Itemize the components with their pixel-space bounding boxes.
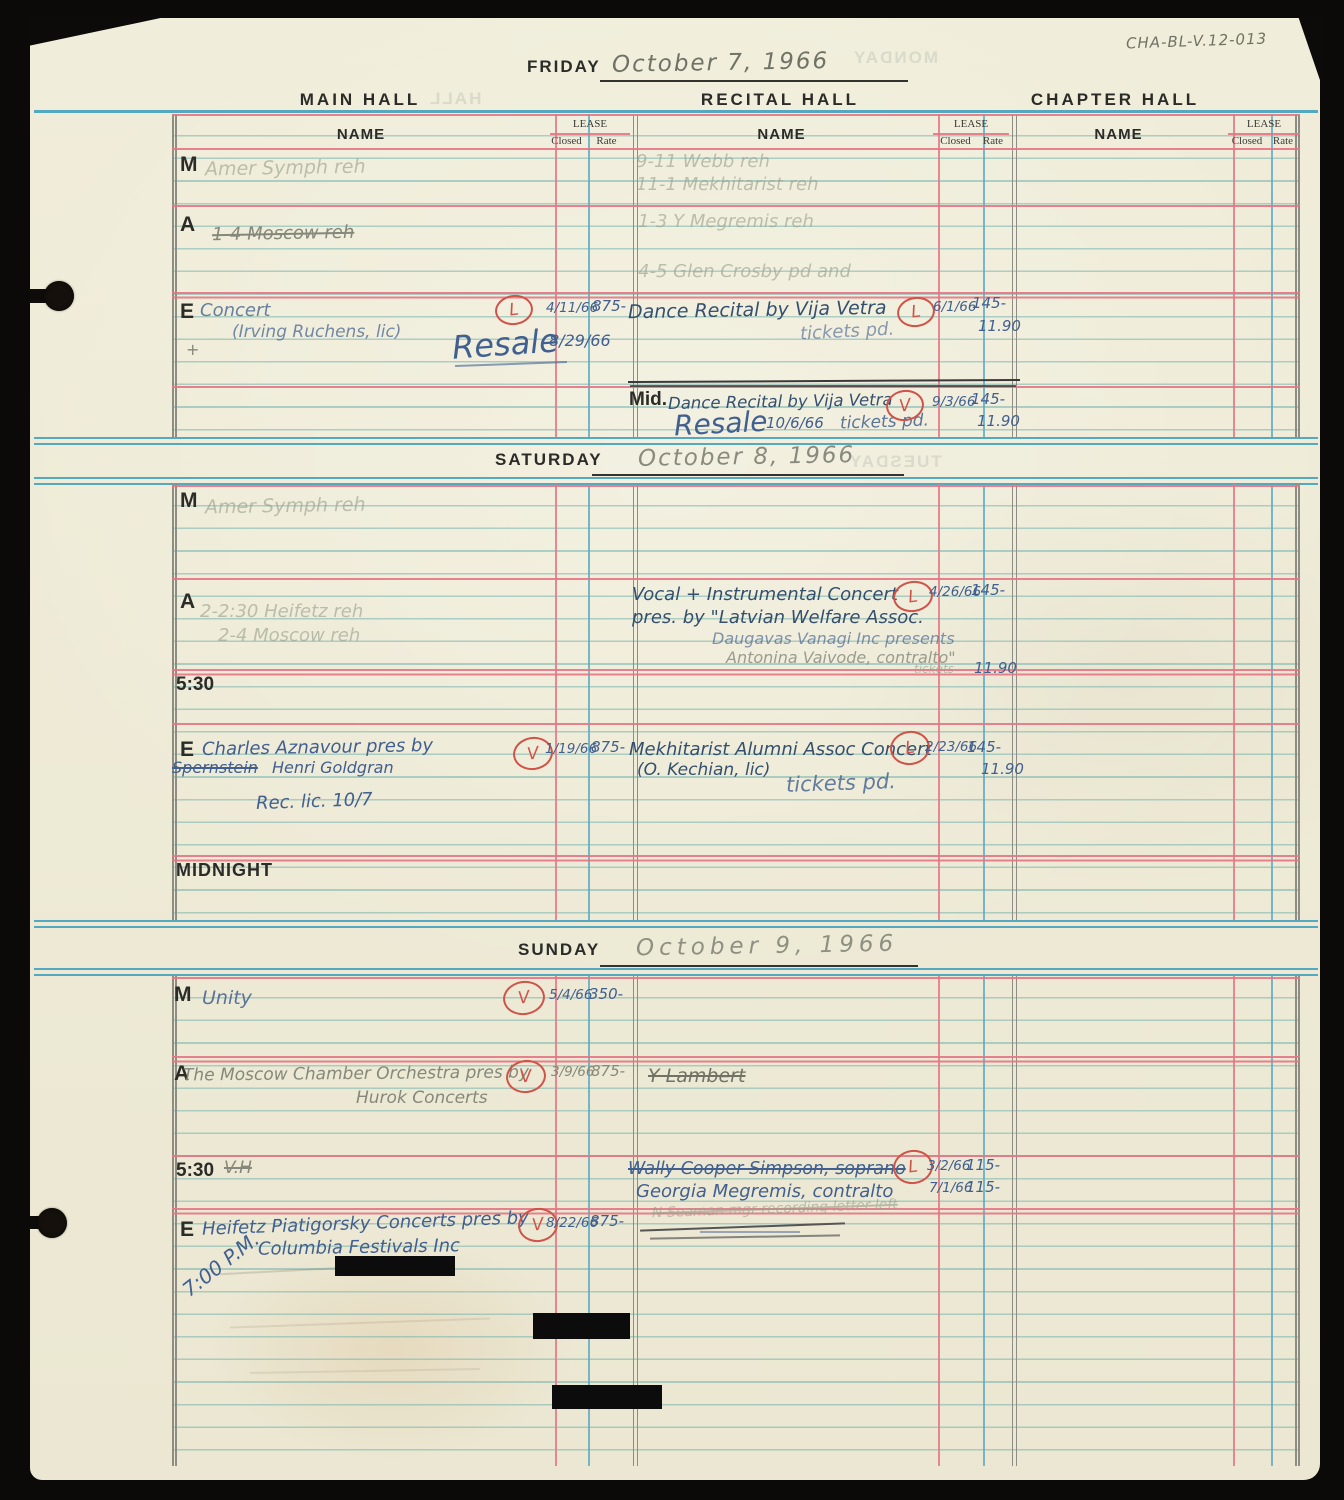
column-header-lease: LEASE xyxy=(933,118,1009,130)
sunday-recital-530-closed1: 3/2/66 xyxy=(927,1158,970,1175)
saturday-recital-afternoon-tickets: tickets xyxy=(914,662,954,677)
rule-line xyxy=(172,205,1300,207)
sunday-recital-afternoon-struck: Y Lambert xyxy=(648,1064,745,1088)
friday-recital-afternoon-entry-2: 4-5 Glen Crosby pd and xyxy=(638,260,851,283)
archive-code: CHA-BL-V.12-013 xyxy=(1126,30,1268,54)
rule-line xyxy=(172,485,1300,487)
day-date-friday: October 7, 1966 xyxy=(612,47,830,80)
friday-recital-morning-entry: 9-11 Webb reh 11-1 Mekhitarist reh xyxy=(636,150,819,196)
column-header-closed: Closed xyxy=(933,135,978,147)
saturday-main-evening-line2: Henri Goldgran xyxy=(272,758,394,778)
column-header-rate: Rate xyxy=(1266,135,1300,147)
saturday-recital-evening-tickets: tickets pd. xyxy=(786,768,897,799)
hand-strike-line xyxy=(630,385,1016,387)
sunday-main-afternoon-rate: 875- xyxy=(591,1062,625,1081)
punch-hole xyxy=(37,1208,67,1238)
friday-margin-mark: + xyxy=(186,340,199,360)
friday-recital-evening-closed-date: 6/1/66 xyxy=(933,299,976,316)
sunday-recital-530-line1-struck: Wally Cooper Simpson, soprano xyxy=(628,1158,906,1180)
friday-main-morning-entry: Amer Symph reh xyxy=(205,155,366,182)
saturday-main-evening-struck-word: Spernstein xyxy=(172,758,258,778)
saturday-main-evening-rate: 875- xyxy=(591,738,625,757)
date-underline xyxy=(600,80,908,82)
saturday-recital-afternoon-line3: Daugavas Vanagi Inc presents xyxy=(712,629,955,649)
row-label-afternoon: A xyxy=(180,213,195,237)
saturday-main-evening-closed-date: 1/19/66 xyxy=(545,741,597,758)
scan-corner-wedge xyxy=(1298,16,1322,86)
friday-main-evening-closed-date: 4/11/66 xyxy=(546,300,598,317)
saturday-recital-afternoon-line2: pres. by "Latvian Welfare Assoc. xyxy=(632,606,924,629)
sunday-main-afternoon-line1: The Moscow Chamber Orchestra pres by xyxy=(183,1062,529,1087)
sunday-main-morning-closed-date: 5/4/66 xyxy=(549,987,592,1004)
ghost-text-tuesday: TUESDAY xyxy=(848,452,942,472)
row-label-afternoon: A xyxy=(180,590,195,614)
row-label-evening: E xyxy=(180,300,194,324)
punch-hole xyxy=(44,281,74,311)
hall-title-chapter: CHAPTER HALL xyxy=(950,90,1280,110)
day-separator xyxy=(34,920,1318,928)
rule-line xyxy=(172,1155,1300,1157)
friday-recital-midnight-rate: 145- xyxy=(971,390,1005,409)
row-label-morning: M xyxy=(180,153,198,177)
saturday-main-afternoon-entry-2: 2-4 Moscow reh xyxy=(218,624,360,647)
row-label-evening: E xyxy=(180,1218,194,1242)
rule-line xyxy=(172,669,1300,671)
friday-recital-evening-tickets-note: tickets pd. xyxy=(799,318,894,346)
day-label-saturday: SATURDAY xyxy=(495,450,603,470)
rule-line xyxy=(172,855,1300,857)
sunday-main-afternoon-closed-date: 3/9/66 xyxy=(551,1064,594,1081)
scan-corner-wedge xyxy=(28,16,170,46)
sunday-main-afternoon-line2: Hurok Concerts xyxy=(356,1088,488,1110)
friday-main-evening-title: Concert xyxy=(200,299,270,322)
sunday-recital-530-rate1: 115- xyxy=(966,1156,1000,1175)
sunday-main-morning-entry: Unity xyxy=(202,986,252,1010)
row-label-530: 5:30 xyxy=(176,674,214,696)
friday-main-evening-rate: 875- xyxy=(592,297,626,316)
friday-recital-midnight-rate2: 11.90 xyxy=(977,412,1020,431)
ledger-page: CHA-BL-V.12-013 MONDAY HALL TUESDAY FRID… xyxy=(0,0,1344,1500)
hall-title-recital: RECITAL HALL xyxy=(620,90,940,110)
row-label-morning: M xyxy=(180,489,198,513)
row-label-midnight: MIDNIGHT xyxy=(176,860,273,881)
friday-recital-afternoon-entry-1: 1-3 Y Megremis reh xyxy=(638,210,814,233)
redaction-box xyxy=(552,1385,662,1409)
friday-recital-evening-rate2: 11.90 xyxy=(978,317,1021,336)
column-header-rate: Rate xyxy=(583,135,630,147)
column-header-name-recital: NAME xyxy=(630,126,933,143)
column-header-lease: LEASE xyxy=(550,118,630,130)
column-header-lease: LEASE xyxy=(1228,118,1300,130)
column-header-rate: Rate xyxy=(978,135,1008,147)
friday-main-evening-resale-date: 8/29/66 xyxy=(549,331,611,351)
saturday-recital-afternoon-rate: 145- xyxy=(971,581,1005,600)
rule-line xyxy=(172,723,1300,725)
redaction-box xyxy=(533,1313,630,1339)
redaction-box xyxy=(335,1256,455,1276)
sunday-main-morning-rate: 350- xyxy=(589,985,623,1004)
hall-title-main: MAIN HALL xyxy=(200,90,520,110)
sunday-main-evening-rate: 875- xyxy=(590,1212,624,1231)
rule-line xyxy=(172,578,1300,580)
friday-recital-midnight-resale-date: 10/6/66 xyxy=(766,414,824,433)
sunday-recital-530-rate2: 115- xyxy=(966,1178,1000,1197)
date-underline xyxy=(592,474,904,476)
saturday-recital-evening-line2: (O. Kechian, lic) xyxy=(637,760,770,782)
friday-recital-midnight-closed-date: 9/3/66 xyxy=(932,394,975,411)
saturday-main-afternoon-entry-1: 2-2:30 Heifetz reh xyxy=(200,600,363,623)
saturday-recital-afternoon-line1: Vocal + Instrumental Concert xyxy=(632,583,898,606)
saturday-main-evening-note: Rec. lic. 10/7 xyxy=(256,788,373,815)
row-label-midnight-short: Mid. xyxy=(629,389,667,411)
day-label-sunday: SUNDAY xyxy=(518,940,600,960)
saturday-recital-evening-line1: Mekhitarist Alumni Assoc Concert xyxy=(629,738,932,761)
friday-main-afternoon-entry-struck: 1-4 Moscow reh xyxy=(212,221,355,247)
rule-line xyxy=(34,110,1318,113)
saturday-main-evening-line1: Charles Aznavour pres by xyxy=(202,734,433,761)
saturday-main-morning-entry: Amer Symph reh xyxy=(205,493,366,520)
column-header-closed: Closed xyxy=(1228,135,1266,147)
scanned-ledger-frame: CHA-BL-V.12-013 MONDAY HALL TUESDAY FRID… xyxy=(0,0,1344,1500)
column-header-closed: Closed xyxy=(550,135,583,147)
day-separator xyxy=(34,968,1318,976)
rule-line xyxy=(172,977,1300,979)
saturday-recital-evening-rate: 145- xyxy=(967,738,1001,757)
day-date-saturday: October 8, 1966 xyxy=(638,441,856,474)
friday-recital-evening-rate: 145- xyxy=(972,294,1006,313)
saturday-recital-afternoon-rate2: 11.90 xyxy=(974,659,1017,678)
rule-line xyxy=(172,1056,1300,1058)
sunday-530-struck-note: V.H xyxy=(224,1158,252,1180)
ghost-text-monday: MONDAY xyxy=(852,48,938,68)
row-label-530: 5:30 xyxy=(176,1160,214,1182)
friday-main-evening-licensee: (Irving Ruchens, lic) xyxy=(232,322,401,344)
rule-line xyxy=(172,114,1300,116)
saturday-recital-evening-rate2: 11.90 xyxy=(981,760,1024,779)
day-date-sunday: October 9, 1966 xyxy=(636,930,899,964)
column-header-name-main: NAME xyxy=(172,126,550,143)
date-underline xyxy=(600,965,918,967)
row-label-morning: M xyxy=(174,983,192,1007)
column-header-name-chapter: NAME xyxy=(1009,126,1228,143)
rule-line xyxy=(172,292,1300,294)
scribble-strike xyxy=(700,1231,800,1233)
day-label-friday: FRIDAY xyxy=(527,57,601,77)
